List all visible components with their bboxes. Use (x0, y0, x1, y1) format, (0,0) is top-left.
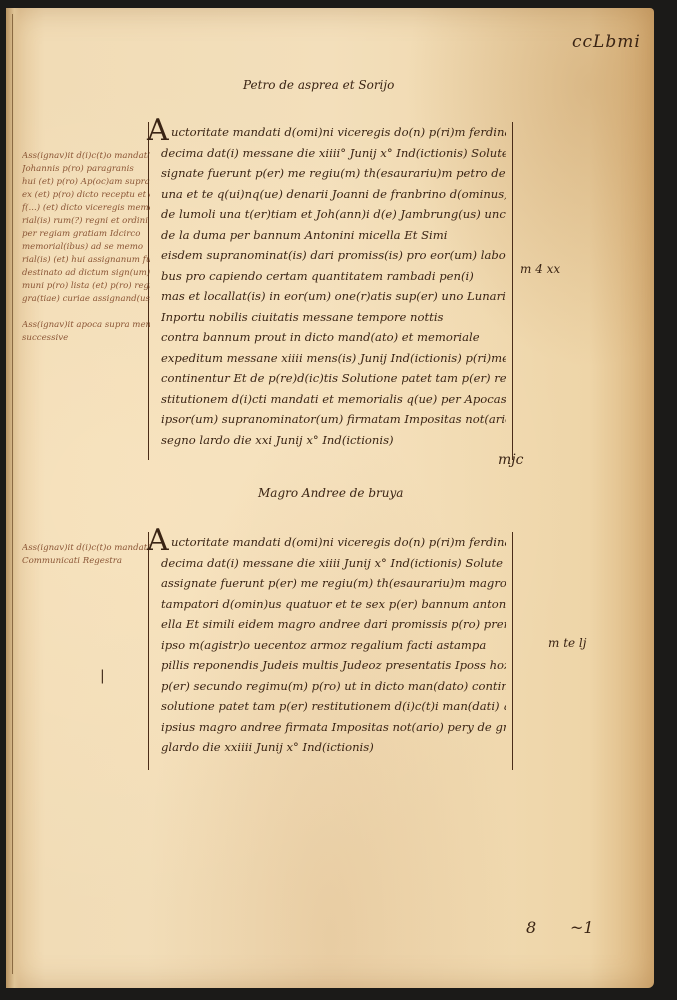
text-line: decima dat(i) messane die xiiii Junij x°… (161, 553, 506, 574)
text-line: de la duma per bannum Antonini micella E… (161, 225, 506, 246)
margin-line: hui (et) p(ro) Ap(oc)am suprascriptis m(… (22, 176, 150, 189)
margin-line: muni p(ro) lista (et) p(ro) regiae (22, 280, 150, 293)
footer-mark-2: ~1 (570, 918, 594, 937)
entry-2-margin-note: Ass(ignav)it d(i)c(t)o mandat(o) et apoc… (22, 542, 150, 568)
binding-gutter (6, 8, 20, 988)
footer-mark-1: 8 (526, 918, 536, 937)
text-line: ipsor(um) supranominator(um) firmatam Im… (161, 409, 506, 430)
margin-line: f(...) (et) dicto viceregis memo (22, 202, 150, 215)
text-line: eisdem supranominat(is) dari promiss(is)… (161, 245, 506, 266)
text-line: mas et locallat(is) in eor(um) one(r)ati… (161, 286, 506, 307)
margin-line: successive (22, 332, 150, 345)
text-line: contra bannum prout in dicto mand(ato) e… (161, 327, 506, 348)
text-line: ipsius magro andree firmata Impositas no… (161, 717, 506, 738)
text-line: bus pro capiendo certam quantitatem ramb… (161, 266, 506, 287)
text-line: uctoritate mandati d(omi)ni viceregis do… (161, 122, 506, 143)
text-line: Inportu nobilis ciuitatis messane tempor… (161, 307, 506, 328)
entry-2-body: A uctoritate mandati d(omi)ni viceregis … (148, 532, 513, 770)
text-line: assignate fuerunt p(er) me regiu(m) th(e… (161, 573, 506, 594)
text-line: decima dat(i) messane die xiiii° Junij x… (161, 143, 506, 164)
margin-line: gra(tiae) curiae assignand(us) (22, 293, 150, 306)
text-line: expeditum messane xiiii mens(is) Junij I… (161, 348, 506, 369)
margin-line: Communicati Regestra (22, 555, 150, 568)
text-line: ella Et simili eidem magro andree dari p… (161, 614, 506, 635)
entry-1-initial: A (147, 116, 169, 146)
margin-line: Ass(ignav)it d(i)c(t)o mandat(o) Memoria… (22, 150, 150, 163)
margin-line: Johannis p(ro) paragranis (22, 163, 150, 176)
margin-line: memorial(ibus) ad se memo (22, 241, 150, 254)
text-line: stitutionem d(i)cti mandati et memoriali… (161, 389, 506, 410)
text-line: una et te q(ui)nq(ue) denarii Joanni de … (161, 184, 506, 205)
margin-line: rial(is) (et) hui assignanum fuit (22, 254, 150, 267)
entry-2-heading: Magro Andree de bruya (258, 486, 403, 500)
text-line: uctoritate mandati d(omi)ni viceregis do… (161, 532, 506, 553)
text-line: glardo die xxiiii Junij x° Ind(ictionis) (161, 737, 506, 758)
entry-1-paraph: mjc (498, 452, 523, 468)
text-line: p(er) secundo regimu(m) p(ro) ut in dict… (161, 676, 506, 697)
margin-line: destinato ad dictum sign(um) ... (22, 267, 150, 280)
entry-1-margin-note: Ass(ignav)it d(i)c(t)o mandat(o) Memoria… (22, 150, 150, 345)
margin-line: Ass(ignav)it d(i)c(t)o mandat(o) et apoc… (22, 542, 150, 555)
entry-2-side-mark: | (100, 668, 105, 684)
text-line: pillis reponendis Judeis multis Judeoz p… (161, 655, 506, 676)
binding-edge (12, 14, 13, 974)
margin-line: rial(is) rum(?) regni et ordini (22, 215, 150, 228)
margin-line (22, 306, 150, 319)
entry-2-amount: m te lj (548, 636, 587, 650)
margin-line: ex (et) p(ro) dicto receptu et c (22, 189, 150, 202)
entry-1-amount: m 4 xx (520, 262, 560, 276)
margin-line: per regiam gratiam Idcirco (22, 228, 150, 241)
entry-1-heading: Petro de asprea et Sorijo (243, 78, 394, 92)
text-line: segno lardo die xxi Junij x° Ind(ictioni… (161, 430, 506, 451)
margin-line: Ass(ignav)it apoca supra mencionata (22, 319, 150, 332)
text-line: de lumoli una t(er)tiam et Joh(ann)i d(e… (161, 204, 506, 225)
text-line: signate fuerunt p(er) me regiu(m) th(esa… (161, 163, 506, 184)
text-line: solutione patet tam p(er) restitutionem … (161, 696, 506, 717)
text-line: continentur Et de p(re)d(ic)tis Solution… (161, 368, 506, 389)
entry-2-initial: A (147, 526, 169, 556)
folio-number: ccLbmi (572, 32, 641, 52)
text-line: tampatori d(omin)us quatuor et te sex p(… (161, 594, 506, 615)
text-line: ipso m(agistr)o uecentoz armoz regalium … (161, 635, 506, 656)
entry-1-body: A uctoritate mandati d(omi)ni viceregis … (148, 122, 513, 460)
